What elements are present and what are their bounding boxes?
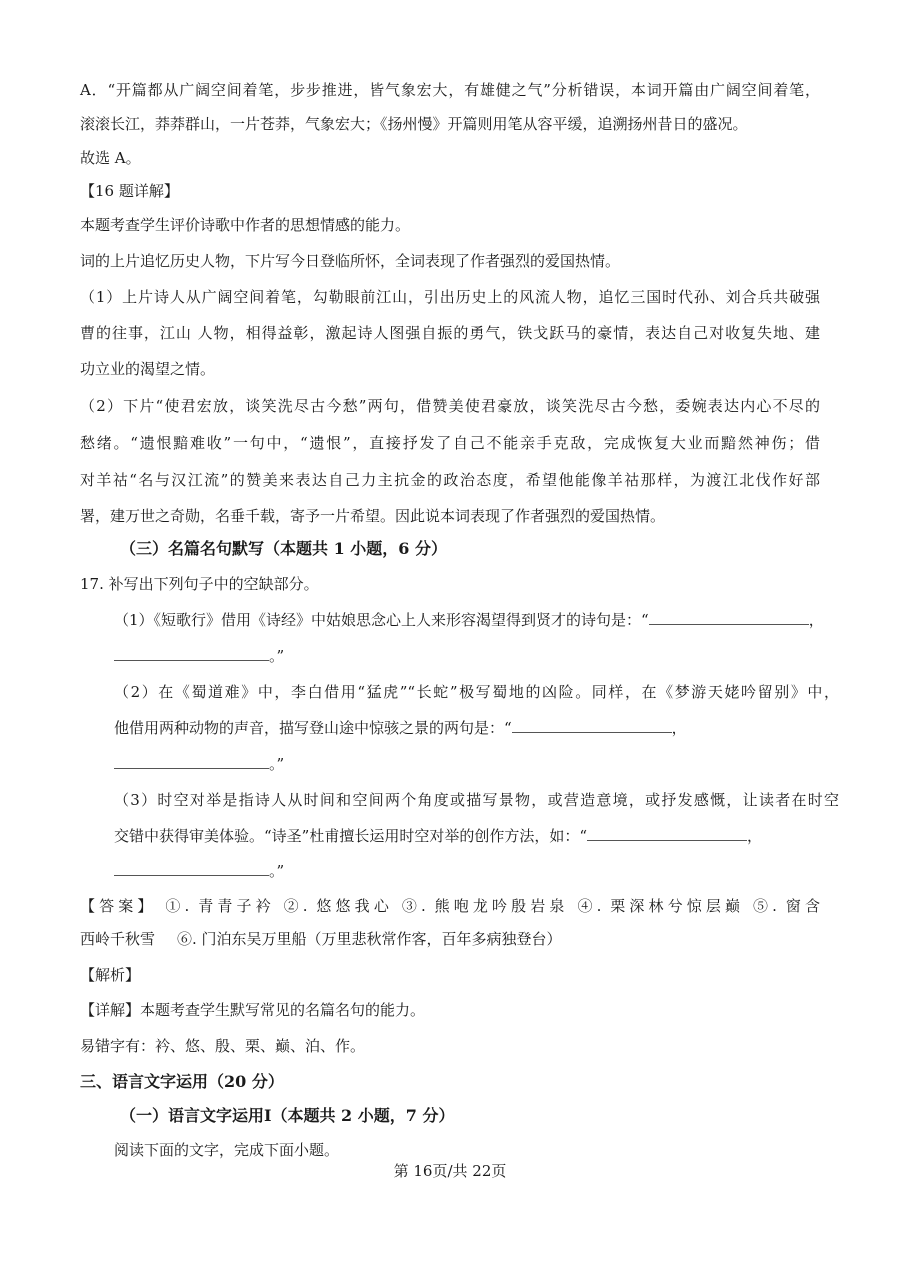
- punct: 。”: [269, 755, 284, 773]
- text-line: 词的上片追忆历史人物，下片写今日登临所怀，全词表现了作者强烈的爱国热情。: [80, 251, 620, 271]
- text-line: 故选 A。: [80, 148, 141, 168]
- punct: ，: [672, 719, 687, 737]
- answer-item: ④. 栗深林兮惊层巅: [577, 897, 744, 915]
- answer-item: ③. 熊咆龙吟殷岩泉: [402, 897, 569, 915]
- sub-section-title: （一）语言文字运用Ⅰ（本题共 2 小题，7 分）: [120, 1106, 454, 1126]
- prompt-text: 交错中获得审美体验。“诗圣”杜甫擅长运用时空对举的创作方法，如：“: [114, 827, 587, 845]
- section-title: （三）名篇名句默写（本题共 1 小题，6 分）: [120, 539, 447, 559]
- part-title: 三、语言文字运用（20 分）: [80, 1072, 284, 1092]
- answer-item: 西岭千秋雪: [80, 930, 155, 948]
- analysis-detail: 【详解】本题考查学生默写常见的名篇名句的能力。: [80, 1000, 425, 1020]
- section-heading: 【16 题详解】: [80, 181, 179, 201]
- answer-line-2: 西岭千秋雪⑥. 门泊东吴万里船（万里悲秋常作客，百年多病独登台）: [80, 929, 562, 949]
- answer-line: 【答案】 ①. 青青子衿 ②. 悠悠我心 ③. 熊咆龙吟殷岩泉 ④. 栗深林兮惊…: [80, 896, 820, 916]
- answer-label: 【答案】: [80, 897, 157, 915]
- question-part-2: （2）在《蜀道难》中，李白借用“猛虎”“长蛇”极写蜀地的凶险。同样，在《梦游天姥…: [114, 682, 839, 702]
- question-part-1: （1）《短歌行》借用《诗经》中姑娘思念心上人来形容渴望得到贤才的诗句是：“，: [114, 610, 824, 630]
- answer-item: ⑤. 窗含: [753, 897, 820, 915]
- question-part-2-cont: 他借用两种动物的声音，描写登山途中惊骇之景的两句是：“，: [114, 718, 687, 738]
- text-line: （2）下片“使君宏放，谈笑洗尽古今愁”两句，借赞美使君豪放，谈笑洗尽古今愁，委婉…: [80, 396, 820, 416]
- punct: ，: [809, 611, 824, 629]
- text-line: A．“开篇都从广阔空间着笔，步步推进，皆气象宏大，有雄健之气”分析错误，本词开篇…: [80, 80, 820, 100]
- answer-blank[interactable]: [587, 826, 747, 841]
- question-part-3-cont: 交错中获得审美体验。“诗圣”杜甫擅长运用时空对举的创作方法，如：“，: [114, 826, 762, 846]
- page-number: 第 16页/共 22页: [0, 1160, 900, 1181]
- prompt-text: （1）《短歌行》借用《诗经》中姑娘思念心上人来形容渴望得到贤才的诗句是：“: [114, 611, 649, 629]
- answer-blank[interactable]: [512, 718, 672, 733]
- analysis-label: 【解析】: [80, 965, 140, 985]
- instruction: 阅读下面的文字，完成下面小题。: [114, 1140, 339, 1160]
- answer-blank[interactable]: [649, 610, 809, 625]
- question-stem: 17. 补写出下列句子中的空缺部分。: [80, 574, 319, 594]
- text-line: 对羊祜“名与汉江流”的赞美来表达自己力主抗金的政治态度，希望他能像羊祜那样，为渡…: [80, 470, 820, 490]
- text-line: 本题考查学生评价诗歌中作者的思想情感的能力。: [80, 215, 410, 235]
- question-part-2-end: 。”: [114, 754, 284, 774]
- prompt-text: 他借用两种动物的声音，描写登山途中惊骇之景的两句是：“: [114, 719, 512, 737]
- analysis-errors: 易错字有：衿、悠、殷、栗、巅、泊、作。: [80, 1036, 365, 1056]
- answer-item: ①. 青青子衿: [165, 897, 274, 915]
- text-line: （1）上片诗人从广阔空间着笔，勾勒眼前江山，引出历史上的风流人物，追忆三国时代孙…: [80, 287, 820, 307]
- text-line: 功立业的渴望之情。: [80, 359, 215, 379]
- answer-item: ②. 悠悠我心: [284, 897, 393, 915]
- text-line: 曹的往事，江山 人物，相得益彰，激起诗人图强自振的勇气，铁戈跃马的豪情，表达自己…: [80, 323, 820, 343]
- answer-blank[interactable]: [114, 754, 269, 769]
- answer-item: ⑥. 门泊东吴万里船（万里悲秋常作客，百年多病独登台）: [177, 930, 562, 948]
- answer-blank[interactable]: [114, 646, 269, 661]
- answer-blank[interactable]: [114, 861, 269, 876]
- punct: ，: [747, 827, 762, 845]
- question-part-1-cont: 。”: [114, 646, 284, 666]
- text-line: 署，建万世之奇勋，名垂千载，寄予一片希望。因此说本词表现了作者强烈的爱国热情。: [80, 506, 665, 526]
- question-part-3-end: 。”: [114, 861, 284, 881]
- punct: 。”: [269, 647, 284, 665]
- punct: 。”: [269, 862, 284, 880]
- question-part-3: （3）时空对举是指诗人从时间和空间两个角度或描写景物，或营造意境，或抒发感慨，让…: [114, 790, 839, 810]
- text-line: 滚滚长江，莽莽群山，一片苍莽，气象宏大；《扬州慢》开篇则用笔从容平缓，追溯扬州昔…: [80, 114, 748, 134]
- text-line: 愁绪。“遗恨黯难收”一句中，“遗恨”，直接抒发了自己不能亲手克敌，完成恢复大业而…: [80, 433, 820, 453]
